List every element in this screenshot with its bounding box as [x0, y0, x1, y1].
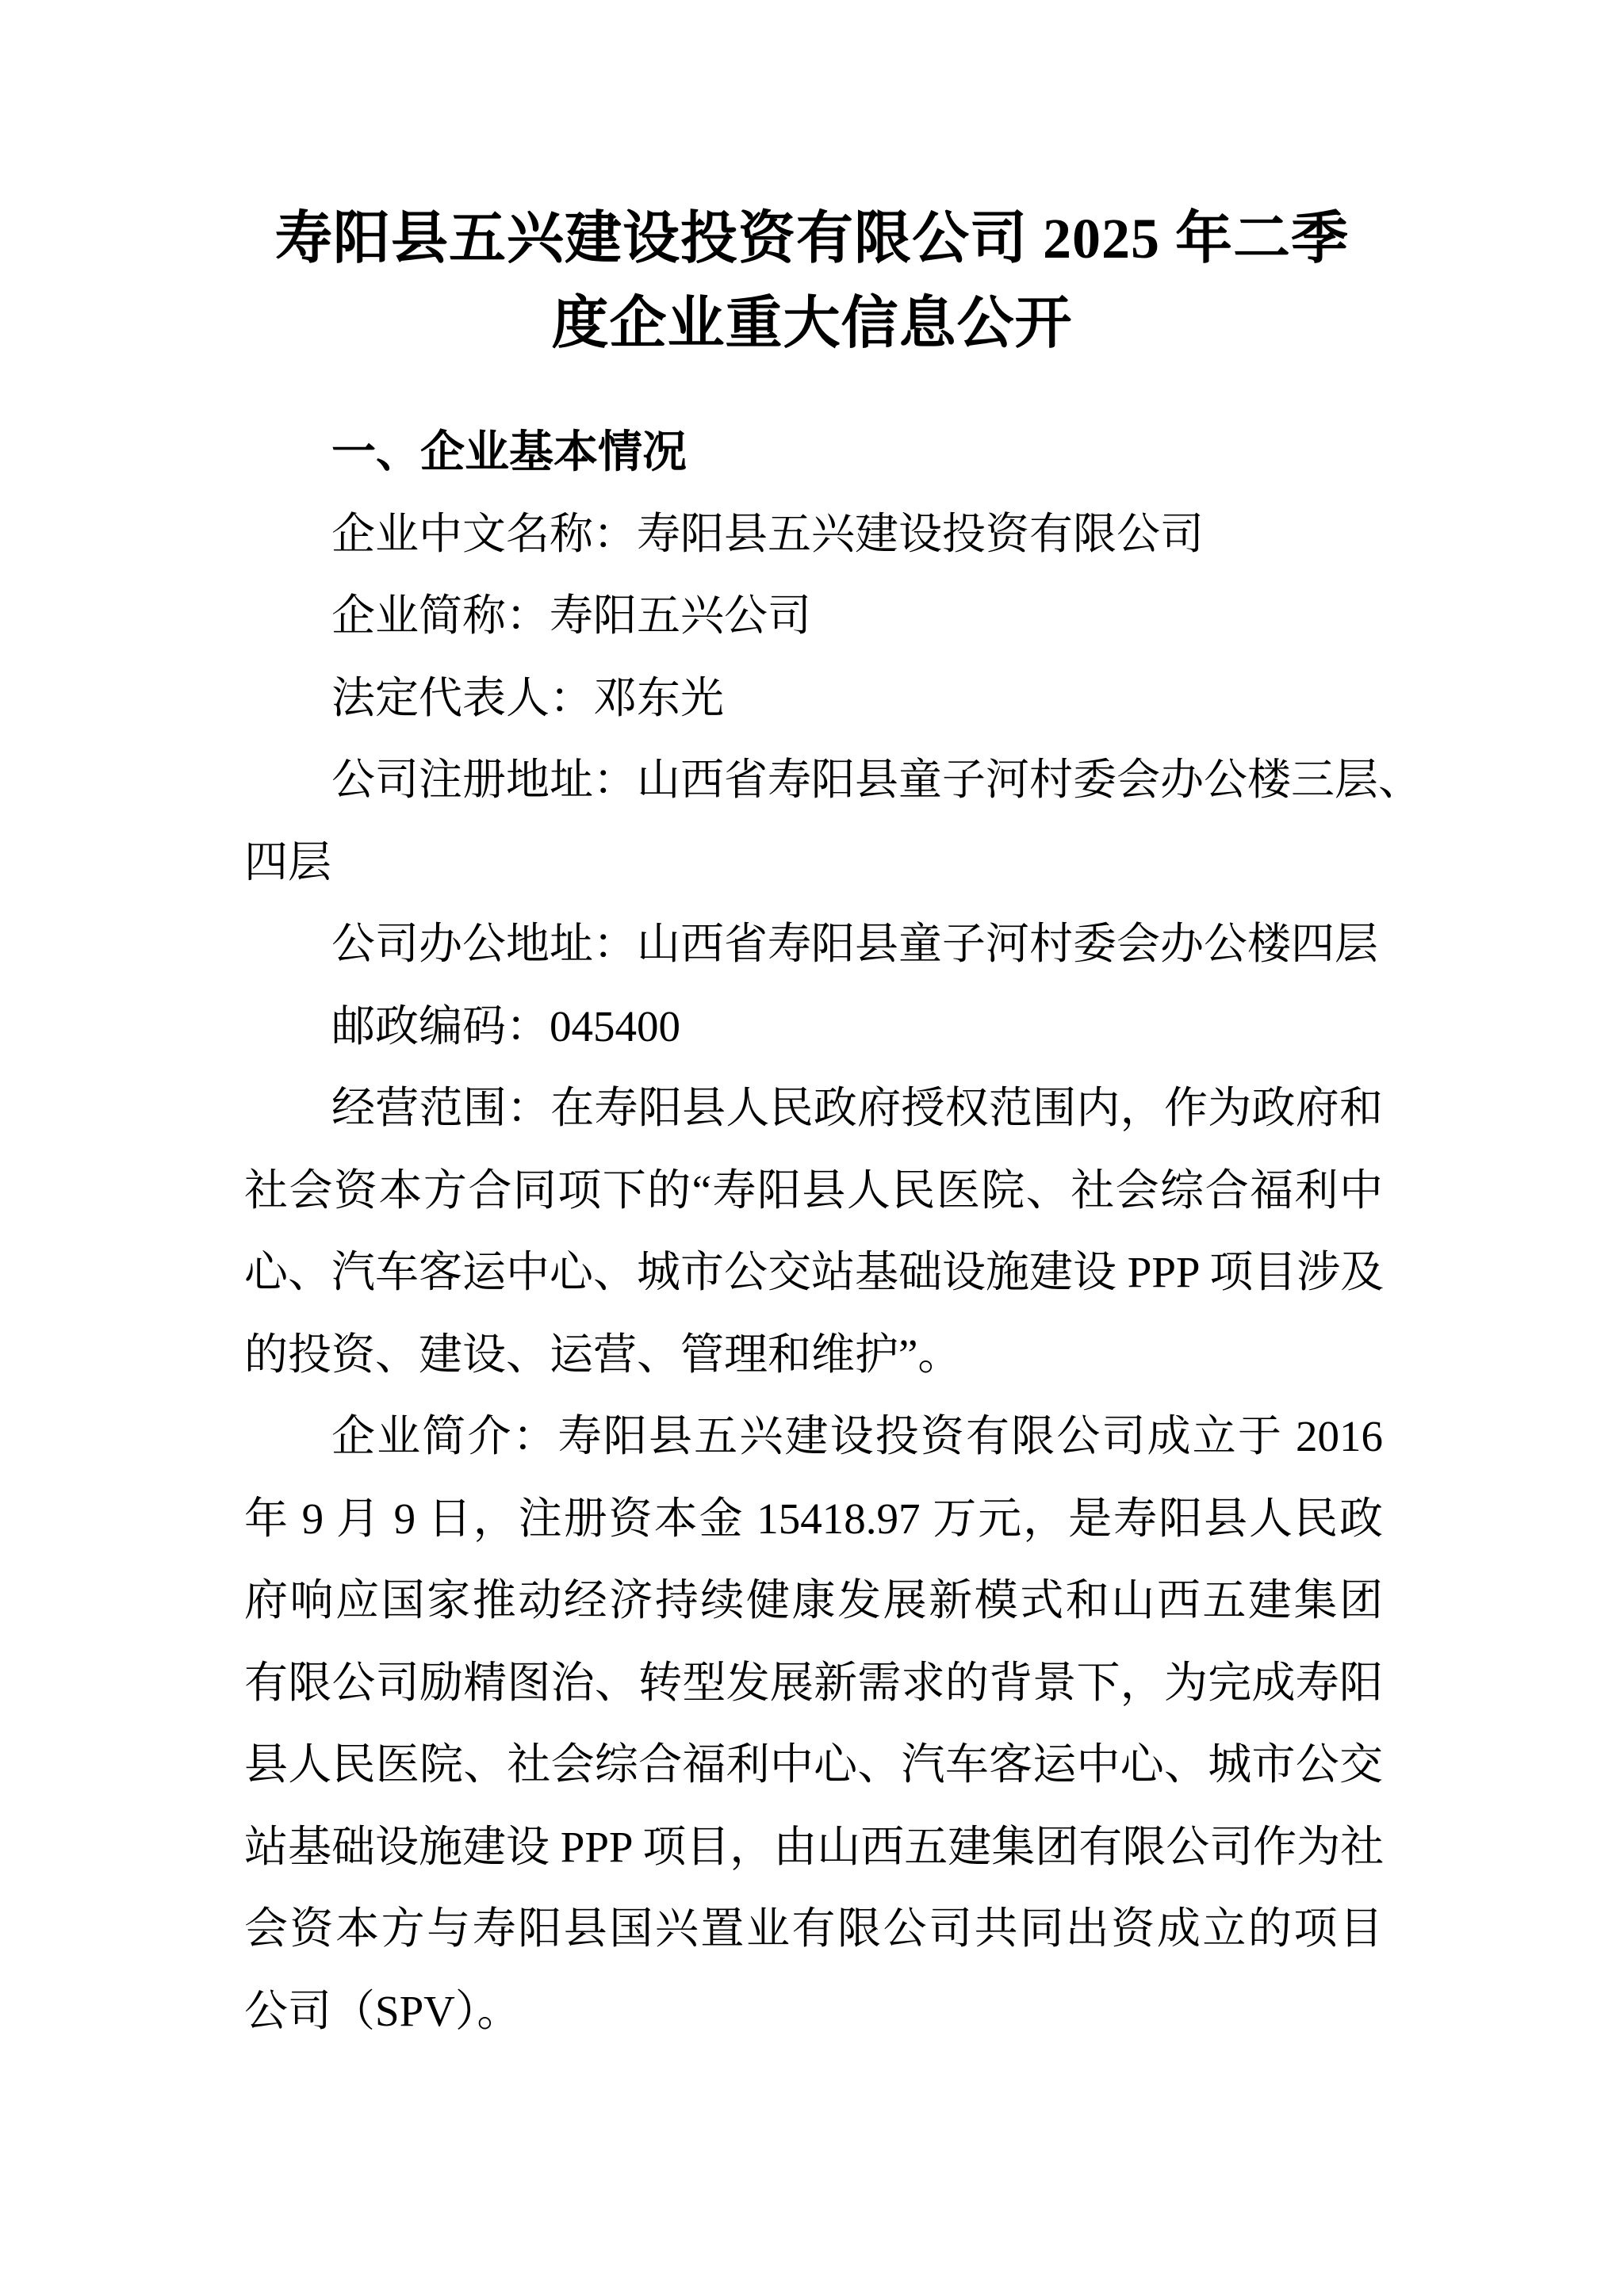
document-title-line-2: 度企业重大信息公开 — [0, 281, 1624, 366]
body-line: 法定代表人：邓东光 — [244, 657, 1383, 740]
body-line: 公司办公地址：山西省寿阳县童子河村委会办公楼四层 — [244, 903, 1383, 985]
body-line: 邮政编码：045400 — [244, 985, 1383, 1068]
body-line: 会资本方与寿阳县国兴置业有限公司共同出资成立的项目 — [244, 1888, 1383, 1970]
body-line: 年 9 月 9 日，注册资本金 15418.97 万元，是寿阳县人民政 — [244, 1478, 1383, 1560]
body-line: 企业中文名称：寿阳县五兴建设投资有限公司 — [244, 493, 1383, 576]
body-line: 站基础设施建设 PPP 项目，由山西五建集团有限公司作为社 — [244, 1806, 1383, 1888]
body-line: 公司注册地址：山西省寿阳县童子河村委会办公楼三层、 — [244, 739, 1383, 821]
document-body: 一、企业基本情况企业中文名称：寿阳县五兴建设投资有限公司企业简称：寿阳五兴公司法… — [244, 411, 1383, 2052]
section-heading: 一、企业基本情况 — [244, 411, 1383, 493]
document-title: 寿阳县五兴建设投资有限公司 2025 年二季 度企业重大信息公开 — [0, 197, 1624, 366]
body-line: 心、汽车客运中心、城市公交站基础设施建设 PPP 项目涉及 — [244, 1231, 1383, 1314]
body-line: 的投资、建设、运营、管理和维护”。 — [244, 1314, 1383, 1396]
body-line: 府响应国家推动经济持续健康发展新模式和山西五建集团 — [244, 1559, 1383, 1642]
body-line: 有限公司励精图治、转型发展新需求的背景下，为完成寿阳 — [244, 1642, 1383, 1724]
body-line: 四层 — [244, 821, 1383, 904]
body-line: 县人民医院、社会综合福利中心、汽车客运中心、城市公交 — [244, 1724, 1383, 1806]
body-line: 社会资本方合同项下的“寿阳县人民医院、社会综合福利中 — [244, 1150, 1383, 1232]
document-page: 寿阳县五兴建设投资有限公司 2025 年二季 度企业重大信息公开 一、企业基本情… — [0, 0, 1624, 2296]
body-line: 公司（SPV）。 — [244, 1970, 1383, 2053]
body-line: 企业简介：寿阳县五兴建设投资有限公司成立于 2016 — [244, 1395, 1383, 1478]
document-title-line-1: 寿阳县五兴建设投资有限公司 2025 年二季 — [0, 197, 1624, 281]
body-line: 企业简称：寿阳五兴公司 — [244, 575, 1383, 657]
body-line: 经营范围：在寿阳县人民政府授权范围内，作为政府和 — [244, 1067, 1383, 1150]
